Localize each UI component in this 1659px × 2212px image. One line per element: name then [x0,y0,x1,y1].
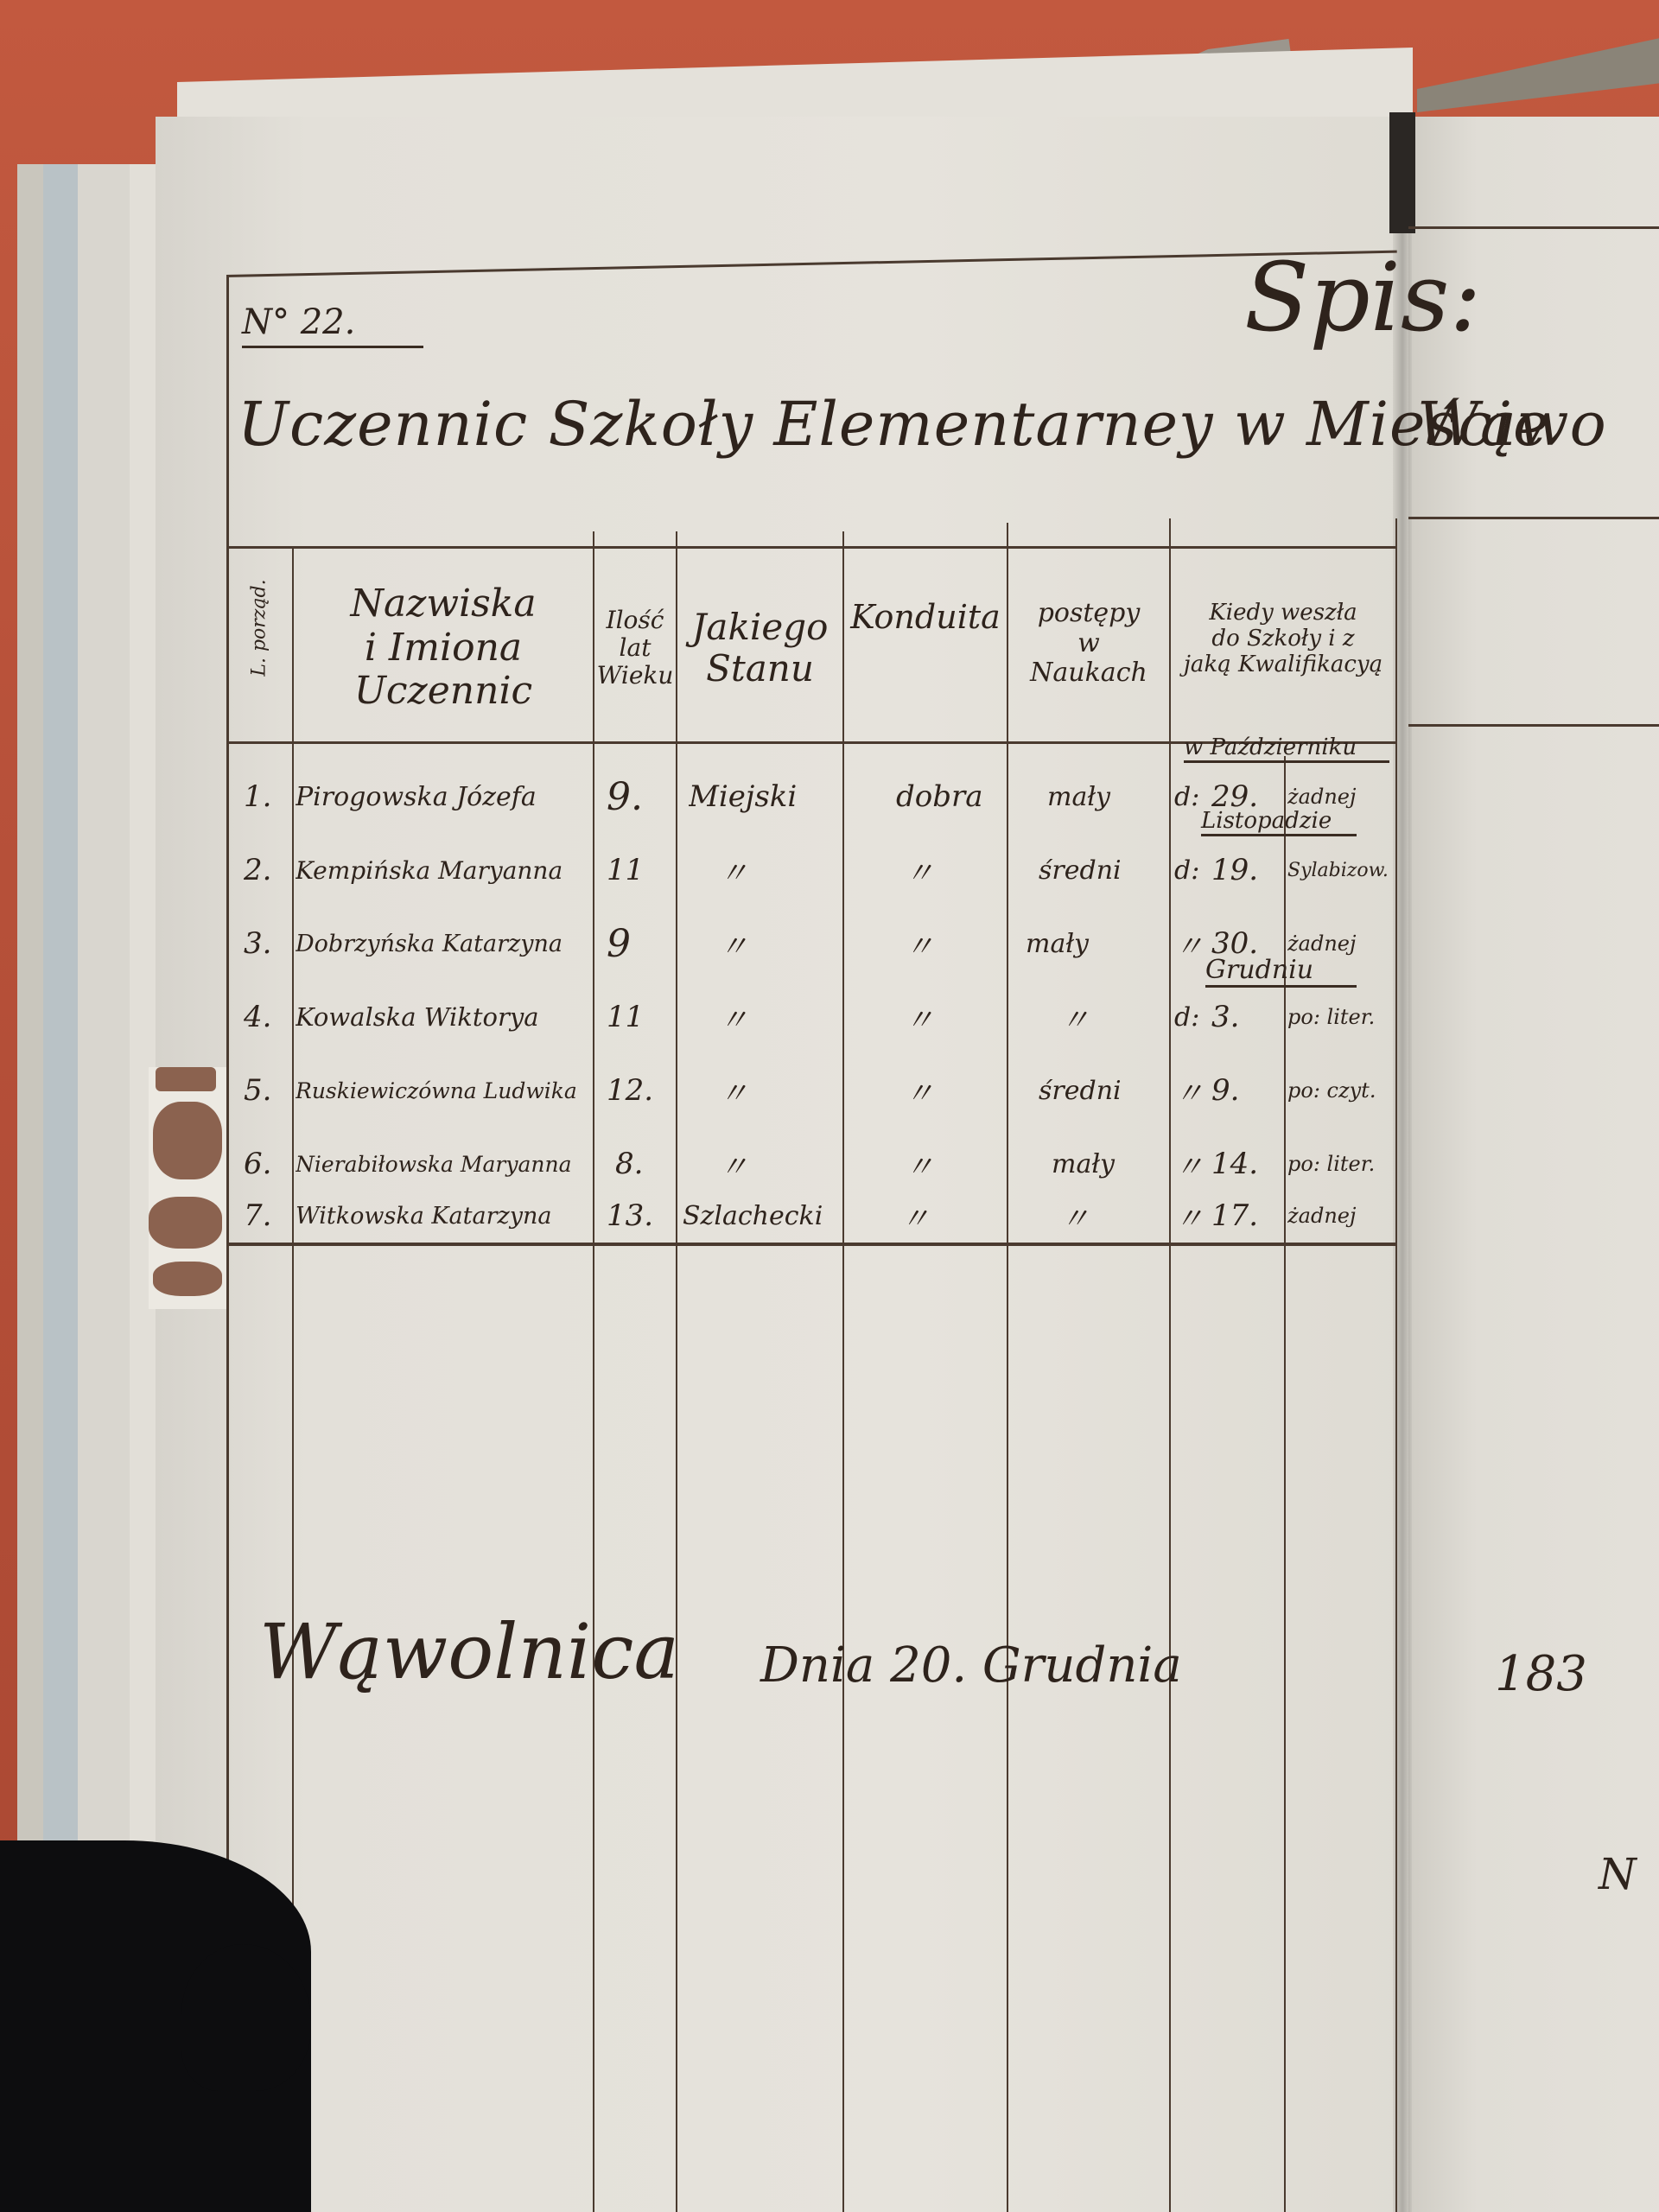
cell-name: Kempińska Maryanna [296,834,589,906]
footer-year-fragment: 183 [1495,1646,1587,1702]
cell-estate: Szlachecki [683,1188,838,1243]
cell-day: 3. [1211,981,1281,1053]
cell-estate: 〃 [719,981,788,1053]
header-age: Ilość lat Wieku [594,557,676,739]
cell-qualification: żadnej [1287,1188,1395,1243]
table-row: 4. Kowalska Wiktorya 11 〃 〃 〃 d: 3. po: … [226,981,1397,1053]
header-conduct: Konduita [844,557,1007,678]
cell-progress: średni [1039,834,1142,906]
cell-day: 29. [1211,760,1281,833]
header-estate: Jakiego Stanu [677,557,842,739]
cell-lp: 1. [244,760,292,833]
header-enrolled: Kiedy weszła do Szkoły i z jaką Kwalifik… [1171,549,1395,730]
cell-age: 13. [607,1188,676,1243]
cell-qualification: żadnej [1287,907,1395,980]
cell-name: Kowalska Wiktorya [296,981,589,1053]
table-row: 2. Kempińska Maryanna 11 〃 〃 średni d: 1… [226,834,1397,906]
cell-day: 17. [1211,1188,1281,1243]
cell-qualification: po: liter. [1287,981,1395,1053]
cell-name: Ruskiewiczówna Ludwika [296,1054,589,1127]
archive-stamp [149,1067,226,1309]
cell-lp: 2. [244,834,292,906]
footer-place: Wąwolnica [259,1607,679,1696]
cell-age: 9. [607,760,676,833]
cell-day-prefix: 〃 [1174,1188,1209,1243]
cell-day: 9. [1211,1054,1281,1127]
table-row: 1. Pirogowska Józefa 9. Miejski dobra ma… [226,760,1397,833]
cell-day-prefix: d: [1174,760,1209,833]
cell-age: 11 [607,834,676,906]
cell-day: 30. [1211,907,1281,980]
cell-conduct: 〃 [900,1188,969,1243]
cell-qualification: po: czyt. [1287,1054,1395,1127]
cell-day-prefix: 〃 [1174,907,1209,980]
cell-progress: 〃 [1060,1188,1129,1243]
cell-conduct: dobra [896,760,1000,833]
table-header-bottom-line-right [1408,724,1659,727]
table-row: 3. Dobrzyńska Katarzyna 9 〃 〃 mały 〃 30.… [226,907,1397,980]
cell-lp: 3. [244,907,292,980]
cell-progress: 〃 [1060,981,1129,1053]
document-number: N° 22. [242,302,423,348]
month-note-october: w Październiku [1184,734,1389,763]
footer-right-fragment: N [1599,1849,1637,1899]
cell-conduct: 〃 [905,907,974,980]
table-header-top-line-right [1408,517,1659,519]
cell-day-prefix: d: [1174,834,1209,906]
cell-age: 12. [607,1054,676,1127]
cell-day-prefix: d: [1174,981,1209,1053]
cell-name: Witkowska Katarzyna [296,1188,589,1243]
table-row: 7. Witkowska Katarzyna 13. Szlachecki 〃 … [226,1188,1397,1243]
header-lp: L. porząd. [226,553,292,734]
document-title: Uczennic Szkoły Elementarney w Mieście [238,389,1549,460]
cell-progress: mały [1047,760,1142,833]
cell-estate: 〃 [719,1054,788,1127]
cell-lp: 4. [244,981,292,1053]
cell-lp: 5. [244,1054,292,1127]
cell-qualification: Sylabizow. [1287,834,1395,906]
frame-top-line-right [1408,226,1659,229]
table-row: 5. Ruskiewiczówna Ludwika 12. 〃 〃 średni… [226,1054,1397,1127]
cell-conduct: 〃 [905,834,974,906]
cell-conduct: 〃 [905,981,974,1053]
cell-day: 19. [1211,834,1281,906]
cell-name: Dobrzyńska Katarzyna [296,907,589,980]
title-word: Spis: [1244,242,1481,353]
cell-progress: mały [1026,907,1129,980]
cell-qualification: żadnej [1287,760,1395,833]
cell-age: 11 [607,981,676,1053]
header-name: Nazwiska i Imiona Uczennic [294,557,593,739]
cell-lp: 7. [244,1188,292,1243]
cell-progress: średni [1039,1054,1142,1127]
spine-gap [1389,112,1415,233]
footer-date: Dnia 20. Grudnia [760,1637,1182,1694]
cell-age: 9 [607,907,676,980]
document-title-continuation: Wąwo [1417,389,1607,460]
cell-estate: 〃 [719,907,788,980]
cell-estate: Miejski [689,760,844,833]
cell-estate: 〃 [719,834,788,906]
cell-name: Pirogowska Józefa [296,760,589,833]
cell-conduct: 〃 [905,1054,974,1127]
header-progress: postępy w Naukach [1008,553,1169,734]
cell-day-prefix: 〃 [1174,1054,1209,1127]
